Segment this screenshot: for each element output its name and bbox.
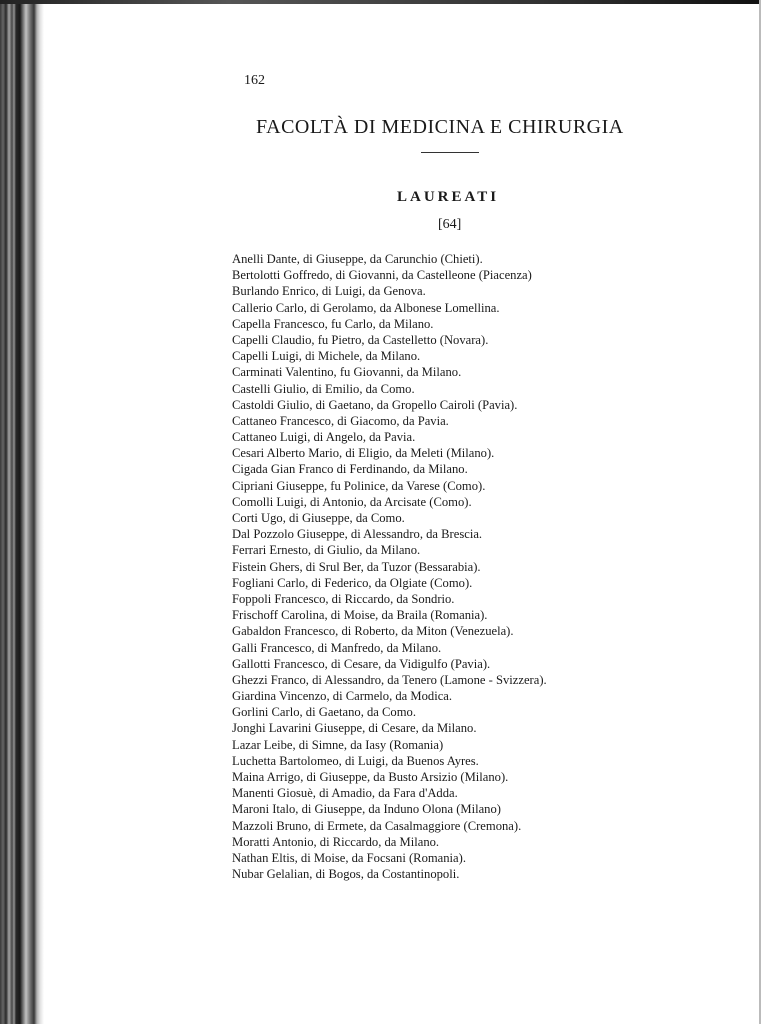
list-item: Callerio Carlo, di Gerolamo, da Albonese…: [232, 300, 547, 316]
list-item: Corti Ugo, di Giuseppe, da Como.: [232, 510, 547, 526]
list-item: Galli Francesco, di Manfredo, da Milano.: [232, 640, 547, 656]
list-item: Capelli Claudio, fu Pietro, da Castellet…: [232, 332, 547, 348]
list-item: Bertolotti Goffredo, di Giovanni, da Cas…: [232, 267, 547, 283]
list-item: Lazar Leibe, di Simne, da Iasy (Romania): [232, 737, 547, 753]
section-heading: LAUREATI: [397, 189, 499, 206]
list-item: Manenti Giosuè, di Amadio, da Fara d'Add…: [232, 785, 547, 801]
graduate-count: [64]: [438, 217, 461, 233]
scan-top-edge: [0, 0, 761, 4]
book-binding-edge: [0, 0, 44, 1024]
graduates-list: Anelli Dante, di Giuseppe, da Carunchio …: [232, 251, 547, 882]
list-item: Nubar Gelalian, di Bogos, da Costantinop…: [232, 866, 547, 882]
list-item: Gorlini Carlo, di Gaetano, da Como.: [232, 704, 547, 720]
list-item: Cigada Gian Franco di Ferdinando, da Mil…: [232, 461, 547, 477]
list-item: Fogliani Carlo, di Federico, da Olgiate …: [232, 575, 547, 591]
page-title: FACOLTÀ DI MEDICINA E CHIRURGIA: [256, 116, 656, 139]
list-item: Cattaneo Luigi, di Angelo, da Pavia.: [232, 429, 547, 445]
list-item: Giardina Vincenzo, di Carmelo, da Modica…: [232, 688, 547, 704]
list-item: Mazzoli Bruno, di Ermete, da Casalmaggio…: [232, 818, 547, 834]
list-item: Capelli Luigi, di Michele, da Milano.: [232, 348, 547, 364]
list-item: Carminati Valentino, fu Giovanni, da Mil…: [232, 364, 547, 380]
list-item: Dal Pozzolo Giuseppe, di Alessandro, da …: [232, 526, 547, 542]
list-item: Luchetta Bartolomeo, di Luigi, da Buenos…: [232, 753, 547, 769]
list-item: Moratti Antonio, di Riccardo, da Milano.: [232, 834, 547, 850]
list-item: Capella Francesco, fu Carlo, da Milano.: [232, 316, 547, 332]
list-item: Maroni Italo, di Giuseppe, da Induno Olo…: [232, 801, 547, 817]
list-item: Nathan Eltis, di Moise, da Focsani (Roma…: [232, 850, 547, 866]
list-item: Jonghi Lavarini Giuseppe, di Cesare, da …: [232, 720, 547, 736]
list-item: Frischoff Carolina, di Moise, da Braila …: [232, 607, 547, 623]
page-number: 162: [244, 73, 265, 89]
list-item: Maina Arrigo, di Giuseppe, da Busto Arsi…: [232, 769, 547, 785]
list-item: Ghezzi Franco, di Alessandro, da Tenero …: [232, 672, 547, 688]
list-item: Gallotti Francesco, di Cesare, da Vidigu…: [232, 656, 547, 672]
list-item: Burlando Enrico, di Luigi, da Genova.: [232, 283, 547, 299]
title-divider: [421, 152, 479, 153]
list-item: Cattaneo Francesco, di Giacomo, da Pavia…: [232, 413, 547, 429]
list-item: Cipriani Giuseppe, fu Polinice, da Vares…: [232, 478, 547, 494]
list-item: Castoldi Giulio, di Gaetano, da Gropello…: [232, 397, 547, 413]
list-item: Castelli Giulio, di Emilio, da Como.: [232, 381, 547, 397]
list-item: Ferrari Ernesto, di Giulio, da Milano.: [232, 542, 547, 558]
list-item: Cesari Alberto Mario, di Eligio, da Mele…: [232, 445, 547, 461]
list-item: Gabaldon Francesco, di Roberto, da Miton…: [232, 623, 547, 639]
list-item: Foppoli Francesco, di Riccardo, da Sondr…: [232, 591, 547, 607]
list-item: Fistein Ghers, di Srul Ber, da Tuzor (Be…: [232, 559, 547, 575]
list-item: Comolli Luigi, di Antonio, da Arcisate (…: [232, 494, 547, 510]
list-item: Anelli Dante, di Giuseppe, da Carunchio …: [232, 251, 547, 267]
